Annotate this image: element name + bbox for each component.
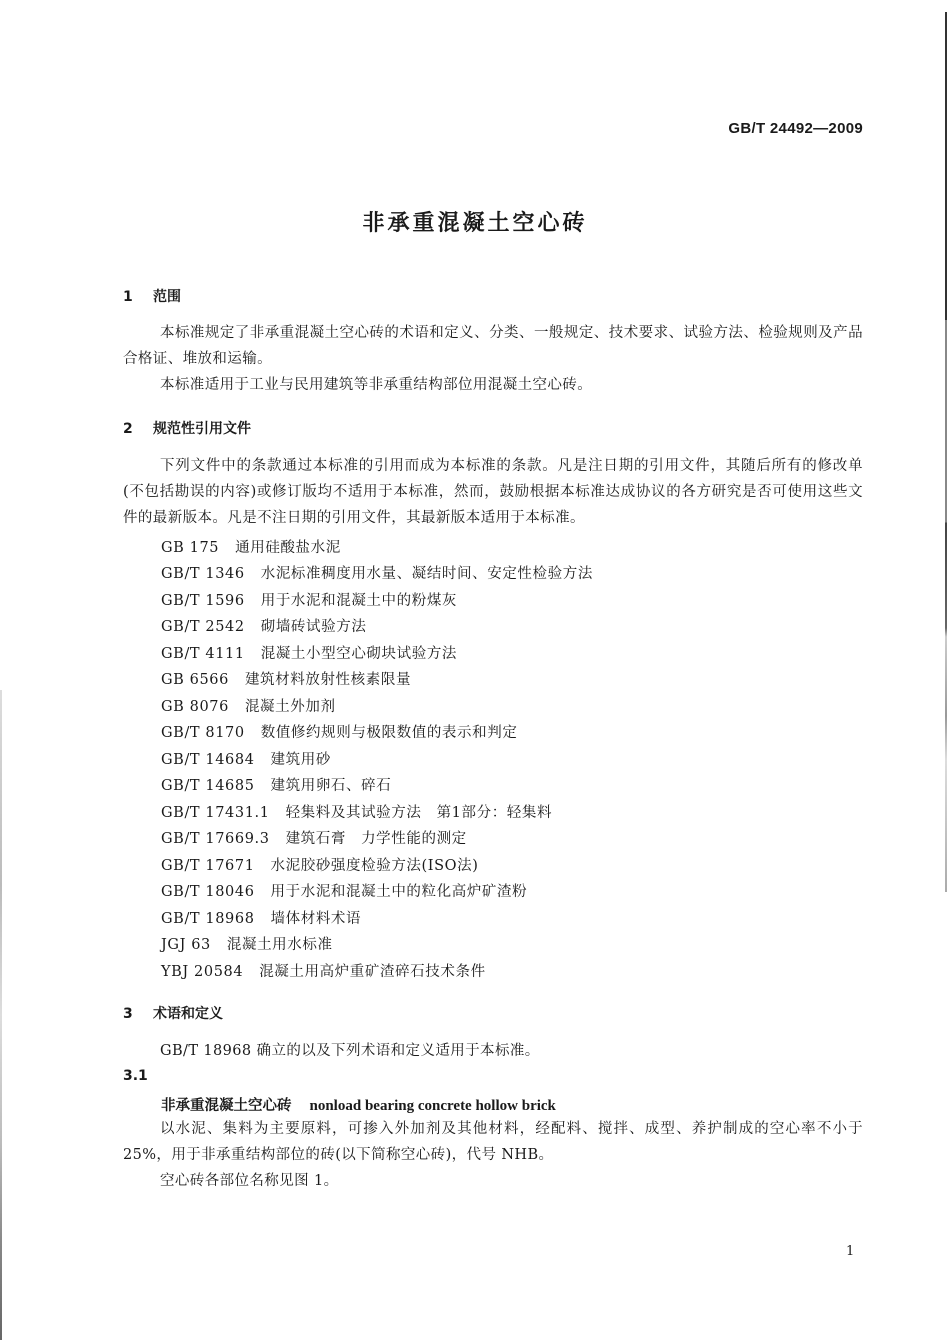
document-title: 非承重混凝土空心砖 xyxy=(0,206,950,237)
reference-item: GB/T 18968墙体材料术语 xyxy=(161,907,361,928)
reference-item: GB/T 17431.1轻集料及其试验方法 第1部分：轻集料 xyxy=(161,801,552,822)
paragraph: 下列文件中的条款通过本标准的引用而成为本标准的条款。凡是注日期的引用文件，其随后… xyxy=(123,453,863,531)
reference-code: JGJ 63 xyxy=(161,937,211,953)
reference-item: GB/T 8170数值修约规则与极限数值的表示和判定 xyxy=(161,721,517,742)
reference-code: GB/T 14685 xyxy=(161,778,255,794)
reference-item: JGJ 63混凝土用水标准 xyxy=(161,933,333,954)
reference-code: GB/T 4111 xyxy=(161,646,245,662)
reference-title: 建筑石膏 力学性能的测定 xyxy=(286,831,467,847)
term-entry: 非承重混凝土空心砖nonload bearing concrete hollow… xyxy=(161,1094,556,1115)
reference-item: GB/T 14685建筑用卵石、碎石 xyxy=(161,774,391,795)
reference-item: YBJ 20584混凝土用高炉重矿渣碎石技术条件 xyxy=(161,960,486,981)
reference-item: GB/T 2542砌墙砖试验方法 xyxy=(161,615,366,636)
paragraph: 以水泥、集料为主要原料，可掺入外加剂及其他材料，经配料、搅拌、成型、养护制成的空… xyxy=(123,1116,863,1168)
section-title: 规范性引用文件 xyxy=(153,421,251,437)
reference-code: GB/T 18968 xyxy=(161,911,255,927)
reference-title: 轻集料及其试验方法 第1部分：轻集料 xyxy=(286,805,553,821)
reference-item: GB/T 1346水泥标准稠度用水量、凝结时间、安定性检验方法 xyxy=(161,562,593,583)
reference-item: GB/T 17669.3建筑石膏 力学性能的测定 xyxy=(161,827,467,848)
reference-title: 建筑用卵石、碎石 xyxy=(271,778,392,794)
reference-code: GB 8076 xyxy=(161,699,229,715)
reference-title: 用于水泥和混凝土中的粒化高炉矿渣粉 xyxy=(271,884,528,900)
reference-title: 混凝土用水标准 xyxy=(227,937,333,953)
paragraph: 本标准适用于工业与民用建筑等非承重结构部位用混凝土空心砖。 xyxy=(123,372,863,398)
reference-code: GB/T 1346 xyxy=(161,566,245,582)
paragraph: GB/T 18968 确立的以及下列术语和定义适用于本标准。 xyxy=(123,1038,863,1064)
reference-code: GB/T 2542 xyxy=(161,619,245,635)
reference-code: GB 175 xyxy=(161,540,219,556)
section-heading: 3术语和定义 xyxy=(123,1003,223,1023)
reference-title: 通用硅酸盐水泥 xyxy=(235,540,341,556)
paragraph: 本标准规定了非承重混凝土空心砖的术语和定义、分类、一般规定、技术要求、试验方法、… xyxy=(123,320,863,372)
section-number: 1 xyxy=(123,289,153,305)
page-number: 1 xyxy=(846,1244,854,1259)
term-chinese: 非承重混凝土空心砖 xyxy=(161,1098,292,1114)
reference-code: GB/T 8170 xyxy=(161,725,245,741)
reference-code: GB/T 1596 xyxy=(161,593,245,609)
reference-code: GB/T 18046 xyxy=(161,884,255,900)
section-number: 3 xyxy=(123,1006,153,1022)
reference-title: 砌墙砖试验方法 xyxy=(261,619,367,635)
section-heading: 1范围 xyxy=(123,286,181,306)
reference-title: 水泥标准稠度用水量、凝结时间、安定性检验方法 xyxy=(261,566,593,582)
reference-item: GB 6566建筑材料放射性核素限量 xyxy=(161,668,411,689)
reference-code: GB/T 17431.1 xyxy=(161,805,270,821)
reference-title: 建筑材料放射性核素限量 xyxy=(245,672,411,688)
reference-item: GB 8076混凝土外加剂 xyxy=(161,695,336,716)
subsection-number: 3.1 xyxy=(123,1068,148,1084)
reference-title: 用于水泥和混凝土中的粉煤灰 xyxy=(261,593,457,609)
reference-title: 墙体材料术语 xyxy=(271,911,362,927)
scan-edge-line xyxy=(0,690,2,1340)
reference-title: 数值修约规则与极限数值的表示和判定 xyxy=(261,725,518,741)
reference-code: GB/T 17671 xyxy=(161,858,255,874)
reference-item: GB/T 1596用于水泥和混凝土中的粉煤灰 xyxy=(161,589,457,610)
reference-item: GB 175通用硅酸盐水泥 xyxy=(161,536,341,557)
term-english: nonload bearing concrete hollow brick xyxy=(310,1098,556,1114)
section-heading: 2规范性引用文件 xyxy=(123,418,251,438)
reference-title: 混凝土用高炉重矿渣碎石技术条件 xyxy=(259,964,486,980)
paragraph: 空心砖各部位名称见图 1。 xyxy=(123,1168,863,1194)
reference-item: GB/T 18046用于水泥和混凝土中的粒化高炉矿渣粉 xyxy=(161,880,527,901)
reference-code: GB/T 17669.3 xyxy=(161,831,270,847)
section-title: 范围 xyxy=(153,289,181,305)
reference-title: 水泥胶砂强度检验方法(ISO法) xyxy=(271,858,479,874)
reference-item: GB/T 4111混凝土小型空心砌块试验方法 xyxy=(161,642,457,663)
standard-code: GB/T 24492—2009 xyxy=(728,120,863,137)
reference-title: 建筑用砂 xyxy=(271,752,331,768)
scan-edge-line xyxy=(945,12,947,892)
section-title: 术语和定义 xyxy=(153,1006,223,1022)
reference-code: YBJ 20584 xyxy=(161,964,243,980)
reference-code: GB 6566 xyxy=(161,672,229,688)
section-number: 2 xyxy=(123,421,153,437)
reference-title: 混凝土小型空心砌块试验方法 xyxy=(261,646,457,662)
reference-item: GB/T 17671水泥胶砂强度检验方法(ISO法) xyxy=(161,854,479,875)
reference-code: GB/T 14684 xyxy=(161,752,255,768)
reference-item: GB/T 14684建筑用砂 xyxy=(161,748,331,769)
reference-title: 混凝土外加剂 xyxy=(245,699,336,715)
